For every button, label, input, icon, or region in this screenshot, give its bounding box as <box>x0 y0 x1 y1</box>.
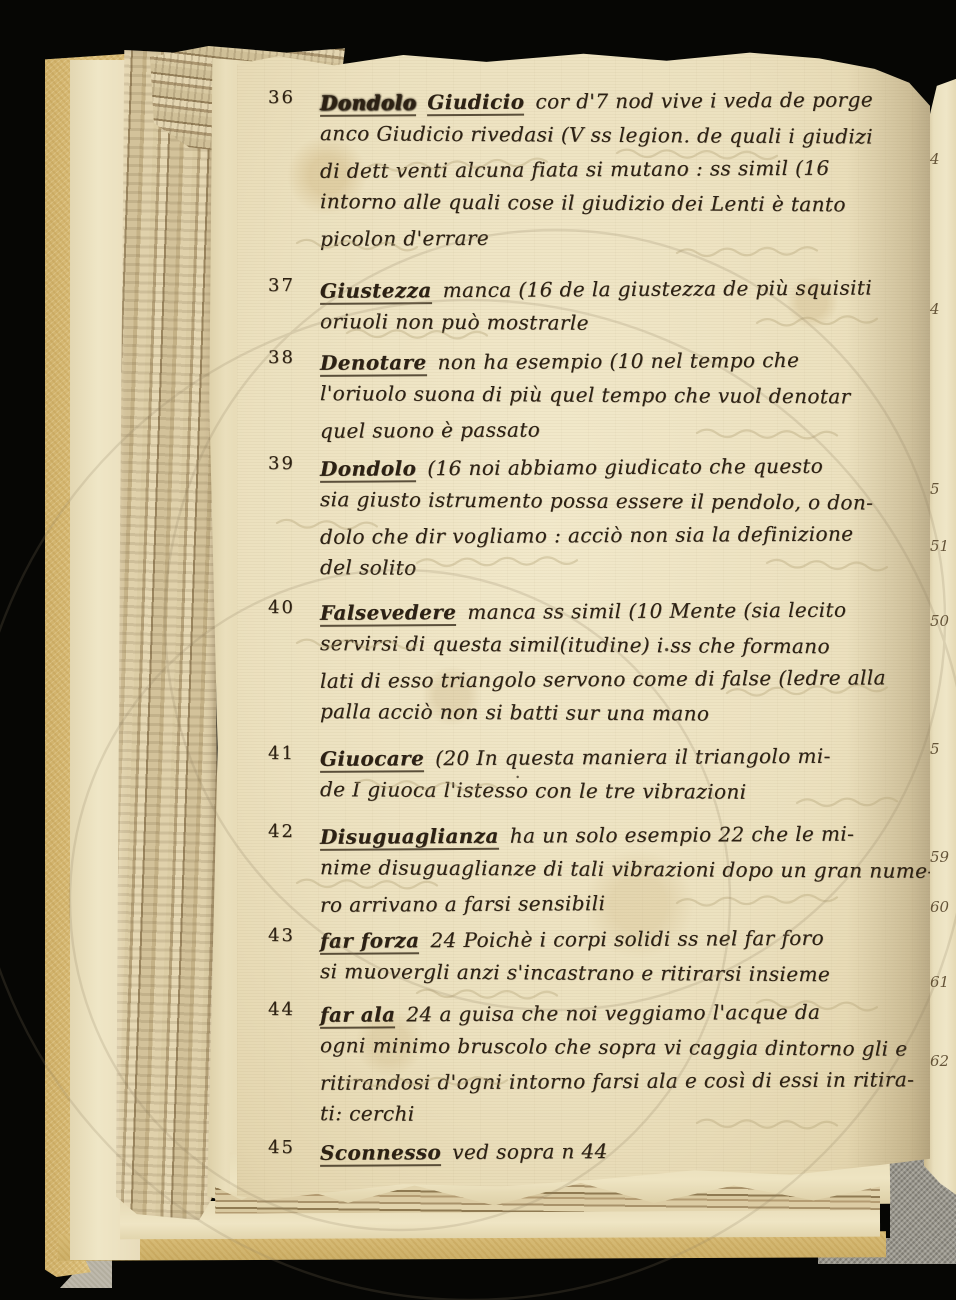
entry-line: ritirandosi d'ogni intorno farsi ala e c… <box>320 1062 930 1100</box>
entry-text: non ha esempio (10 nel tempo che <box>438 348 800 374</box>
entry-line: quel suono è passato <box>320 410 930 448</box>
entry-line: lati di esso triangolo servono come di f… <box>320 660 930 698</box>
entry-number: 45 <box>268 1137 295 1158</box>
adjacent-page-number: 60 <box>930 898 949 916</box>
entry-line: intorno alle quali cose il giudizio dei … <box>320 184 930 222</box>
entry-headword: far ala <box>320 1002 396 1028</box>
adjacent-page-number: 50 <box>930 612 949 630</box>
entry-headword: Giustezza <box>320 278 432 305</box>
entry-headword: Giuocare <box>320 746 424 773</box>
page-stack-fore-edges <box>116 50 220 1220</box>
entry-line: ro arrivano a farsi sensibili <box>320 884 930 922</box>
entry-headword: Sconnesso <box>320 1140 441 1167</box>
entry-text: ved sopra n 44 <box>452 1139 608 1164</box>
entry-number: 38 <box>268 347 295 368</box>
entry-line: palla acciò non si batti sur una mano <box>320 694 930 732</box>
entry-text: (16 noi abbiamo giudicato che questo <box>427 454 823 480</box>
entry-line: DondoloGiudiciocor d'7 nod vive i veda d… <box>320 82 930 120</box>
adjacent-page-number: 5 <box>930 480 940 498</box>
manuscript-entry: 38Denotarenon ha esempio (10 nel tempo c… <box>320 344 930 446</box>
manuscript-entry: 40Falsevederemanca ss simil (10 Mente (s… <box>320 594 930 730</box>
entry-text: ha un solo esempio 22 che le mi- <box>510 822 855 848</box>
adjacent-page-number: 61 <box>930 973 949 991</box>
entry-line: oriuoli non può mostrarle <box>320 304 930 342</box>
entries-list: 36DondoloGiudiciocor d'7 nod vive i veda… <box>320 84 930 1168</box>
adjacent-page-number: 5 <box>930 740 940 758</box>
manuscript-photograph: 4455150559606162 36DondoloGiudiciocor d'… <box>0 0 956 1300</box>
manuscript-entry: 44far ala24 a guisa che noi veggiamo l'a… <box>320 996 930 1132</box>
entry-text: 24 Poichè i corpi solidi ss nel far foro <box>430 926 824 952</box>
entry-number: 41 <box>268 743 295 764</box>
entry-number: 36 <box>268 87 295 108</box>
entry-line: nime disuguaglianze di tali vibrazioni d… <box>320 850 930 888</box>
entry-headword: Dondolo <box>320 90 416 117</box>
adjacent-page-number: 62 <box>930 1052 949 1070</box>
adjacent-page-number: 4 <box>930 300 940 318</box>
entry-line: Falsevederemanca ss simil (10 Mente (sia… <box>320 592 930 630</box>
entry-line: Disuguaglianzaha un solo esempio 22 che … <box>320 816 930 854</box>
manuscript-entry: 45Sconnessoved sopra n 44 <box>320 1134 930 1168</box>
entry-headword: Dondolo <box>320 456 416 483</box>
manuscript-entry: 36DondoloGiudiciocor d'7 nod vive i veda… <box>320 84 930 254</box>
entry-line: del solito <box>320 550 930 588</box>
entry-line: Denotarenon ha esempio (10 nel tempo che <box>320 342 930 380</box>
entry-headword: Denotare <box>320 350 427 377</box>
manuscript-entry: 41Giuocare(20 In questa maniera il trian… <box>320 740 930 808</box>
entry-headword: far forza <box>320 928 420 955</box>
entry-headword: Falsevedere <box>320 600 457 627</box>
entry-line: sia giusto istrumento possa essere il pe… <box>320 482 930 520</box>
entry-headword: Disuguaglianza <box>320 824 499 851</box>
manuscript-entry: 43far forza24 Poichè i corpi solidi ss n… <box>320 922 930 990</box>
entry-line: far forza24 Poichè i corpi solidi ss nel… <box>320 920 930 958</box>
entry-number: 44 <box>268 999 295 1020</box>
entry-headword-2: Giudicio <box>427 90 524 117</box>
entry-text: 24 a guisa che noi veggiamo l'acque da <box>406 1000 820 1027</box>
entry-line: far ala24 a guisa che noi veggiamo l'acq… <box>320 994 930 1032</box>
entry-line: Dondolo(16 noi abbiamo giudicato che que… <box>320 448 930 486</box>
entry-text: (20 In questa maniera il triangolo mi- <box>435 744 831 770</box>
entry-number: 42 <box>268 821 295 842</box>
entry-line: de I giuoca l'istesso con le tre vibrazi… <box>320 772 930 810</box>
entry-line: dolo che dir vogliamo : acciò non sia la… <box>320 516 930 554</box>
entry-line: l'oriuolo suona di più quel tempo che vu… <box>320 376 930 414</box>
entry-number: 43 <box>268 925 295 946</box>
manuscript-page: 36DondoloGiudiciocor d'7 nod vive i veda… <box>237 48 930 1205</box>
adjacent-page-number: 51 <box>930 537 949 555</box>
entry-line: servirsi di questa simil(itudine) i ss c… <box>320 626 930 664</box>
entry-number: 37 <box>268 275 295 296</box>
manuscript-entry: 42Disuguaglianzaha un solo esempio 22 ch… <box>320 818 930 920</box>
manuscript-entry: 39Dondolo(16 noi abbiamo giudicato che q… <box>320 450 930 586</box>
entry-text: cor d'7 nod vive i veda de porge <box>535 87 873 113</box>
entry-number: 39 <box>268 453 295 474</box>
adjacent-page-number: 59 <box>930 848 949 866</box>
entry-line: Sconnessoved sopra n 44 <box>320 1132 930 1170</box>
entry-line: ti: cerchi <box>320 1096 930 1134</box>
entry-text: manca (16 de la giustezza de più squisit… <box>443 275 873 302</box>
entry-line: si muovergli anzi s'incastrano e ritirar… <box>320 954 930 992</box>
entry-line: di dett venti alcuna fiata si mutano : s… <box>320 150 930 188</box>
entry-number: 40 <box>268 597 295 618</box>
entry-text: manca ss simil (10 Mente (sia lecito <box>467 598 846 624</box>
entry-line: anco Giudicio rivedasi (V ss legion. de … <box>320 116 930 154</box>
entry-line: Giustezzamanca (16 de la giustezza de pi… <box>320 270 930 308</box>
entry-line: Giuocare(20 In questa maniera il triango… <box>320 738 930 776</box>
adjacent-page-number: 4 <box>930 150 940 168</box>
manuscript-entry: 37Giustezzamanca (16 de la giustezza de … <box>320 272 930 340</box>
entry-line: picolon d'errare <box>320 218 930 256</box>
entry-line: ogni minimo bruscolo che sopra vi caggia… <box>320 1028 930 1066</box>
